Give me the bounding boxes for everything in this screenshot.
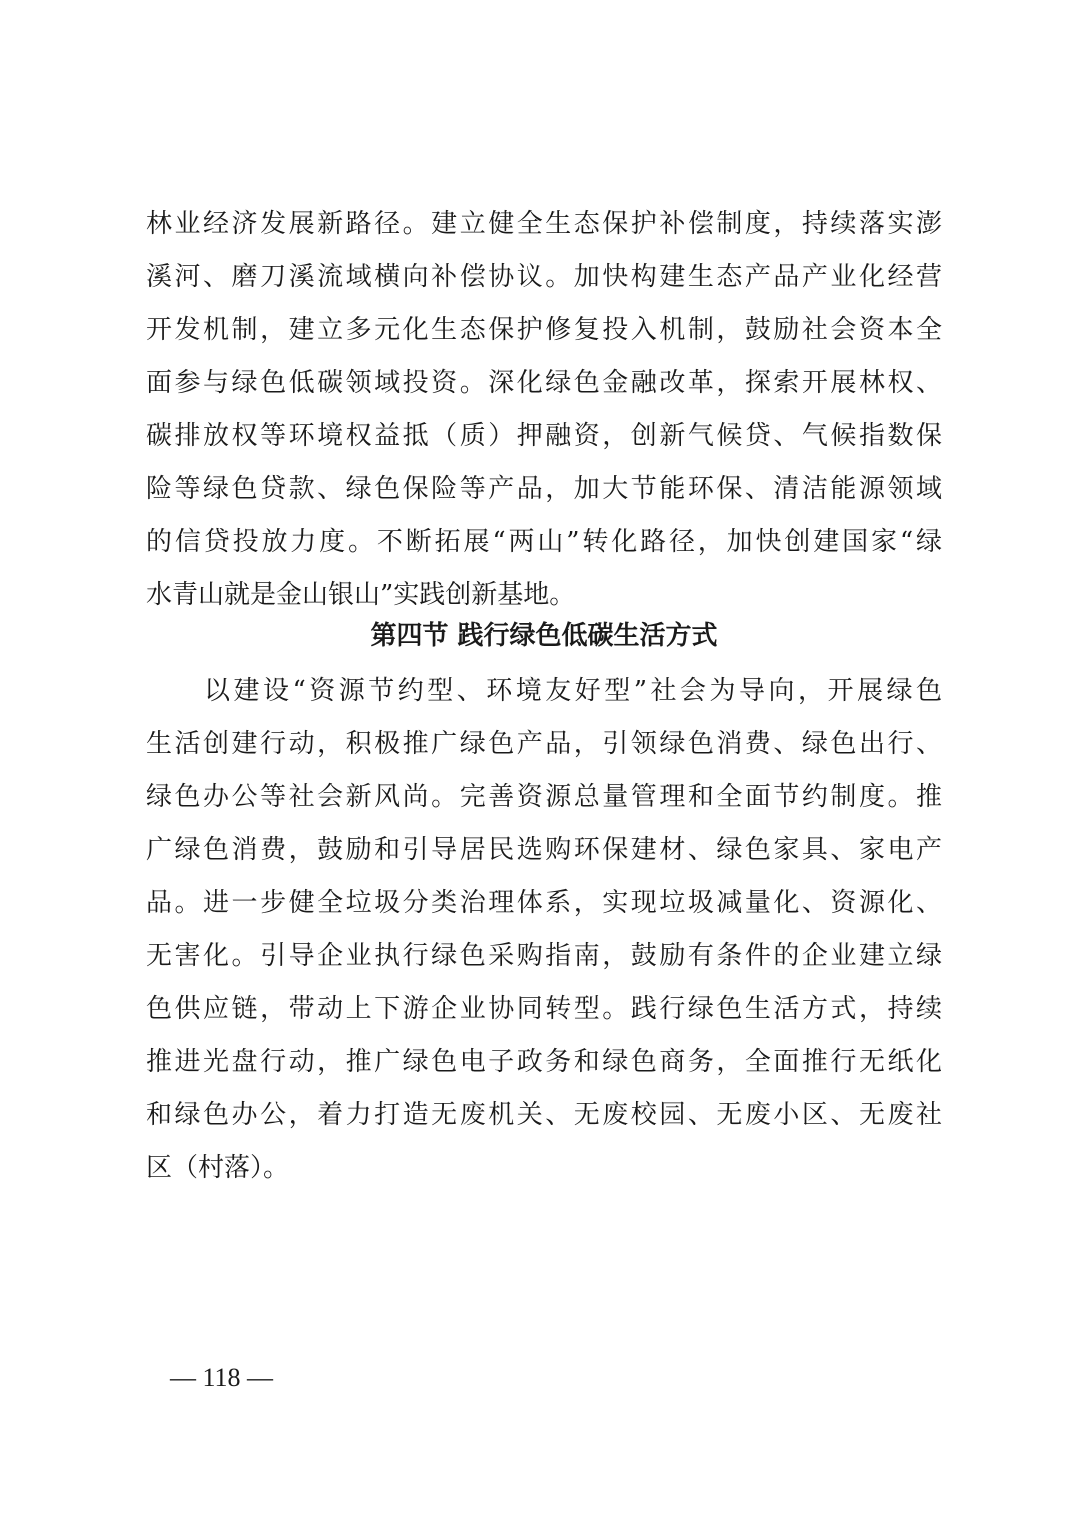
text-line: 碳排放权等环境权益抵（质）押融资，创新气候贷、气候指数保: [146, 410, 942, 463]
text-line: 的信贷投放力度。不断拓展“两山”转化路径，加快创建国家“绿: [146, 516, 942, 569]
paragraph-1: 林业经济发展新路径。建立健全生态保护补偿制度，持续落实澎 溪河、磨刀溪流域横向补…: [146, 198, 942, 622]
text-line: 溪河、磨刀溪流域横向补偿协议。加快构建生态产品产业化经营: [146, 251, 942, 304]
page-number: — 118 —: [170, 1358, 273, 1398]
text-line: 林业经济发展新路径。建立健全生态保护补偿制度，持续落实澎: [146, 198, 942, 251]
text-line: 无害化。引导企业执行绿色采购指南，鼓励有条件的企业建立绿: [146, 930, 942, 983]
text-line: 广绿色消费，鼓励和引导居民选购环保建材、绿色家具、家电产: [146, 824, 942, 877]
paragraph-2: 以建设“资源节约型、环境友好型”社会为导向，开展绿色 生活创建行动，积极推广绿色…: [146, 665, 942, 1195]
text-line: 区（村落）。: [146, 1142, 942, 1195]
text-line: 绿色办公等社会新风尚。完善资源总量管理和全面节约制度。推: [146, 771, 942, 824]
section-heading: 第四节 践行绿色低碳生活方式: [146, 610, 942, 663]
text-line: 色供应链，带动上下游企业协同转型。践行绿色生活方式，持续: [146, 983, 942, 1036]
text-line: 险等绿色贷款、绿色保险等产品，加大节能环保、清洁能源领域: [146, 463, 942, 516]
text-line: 推进光盘行动，推广绿色电子政务和绿色商务，全面推行无纸化: [146, 1036, 942, 1089]
text-line: 以建设“资源节约型、环境友好型”社会为导向，开展绿色: [146, 665, 942, 718]
text-line: 面参与绿色低碳领域投资。深化绿色金融改革，探索开展林权、: [146, 357, 942, 410]
document-page: 林业经济发展新路径。建立健全生态保护补偿制度，持续落实澎 溪河、磨刀溪流域横向补…: [0, 0, 1074, 1520]
text-line: 生活创建行动，积极推广绿色产品，引领绿色消费、绿色出行、: [146, 718, 942, 771]
text-line: 开发机制，建立多元化生态保护修复投入机制，鼓励社会资本全: [146, 304, 942, 357]
section-heading-block: 第四节 践行绿色低碳生活方式: [146, 610, 942, 663]
text-line: 品。进一步健全垃圾分类治理体系，实现垃圾减量化、资源化、: [146, 877, 942, 930]
text-line: 和绿色办公，着力打造无废机关、无废校园、无废小区、无废社: [146, 1089, 942, 1142]
